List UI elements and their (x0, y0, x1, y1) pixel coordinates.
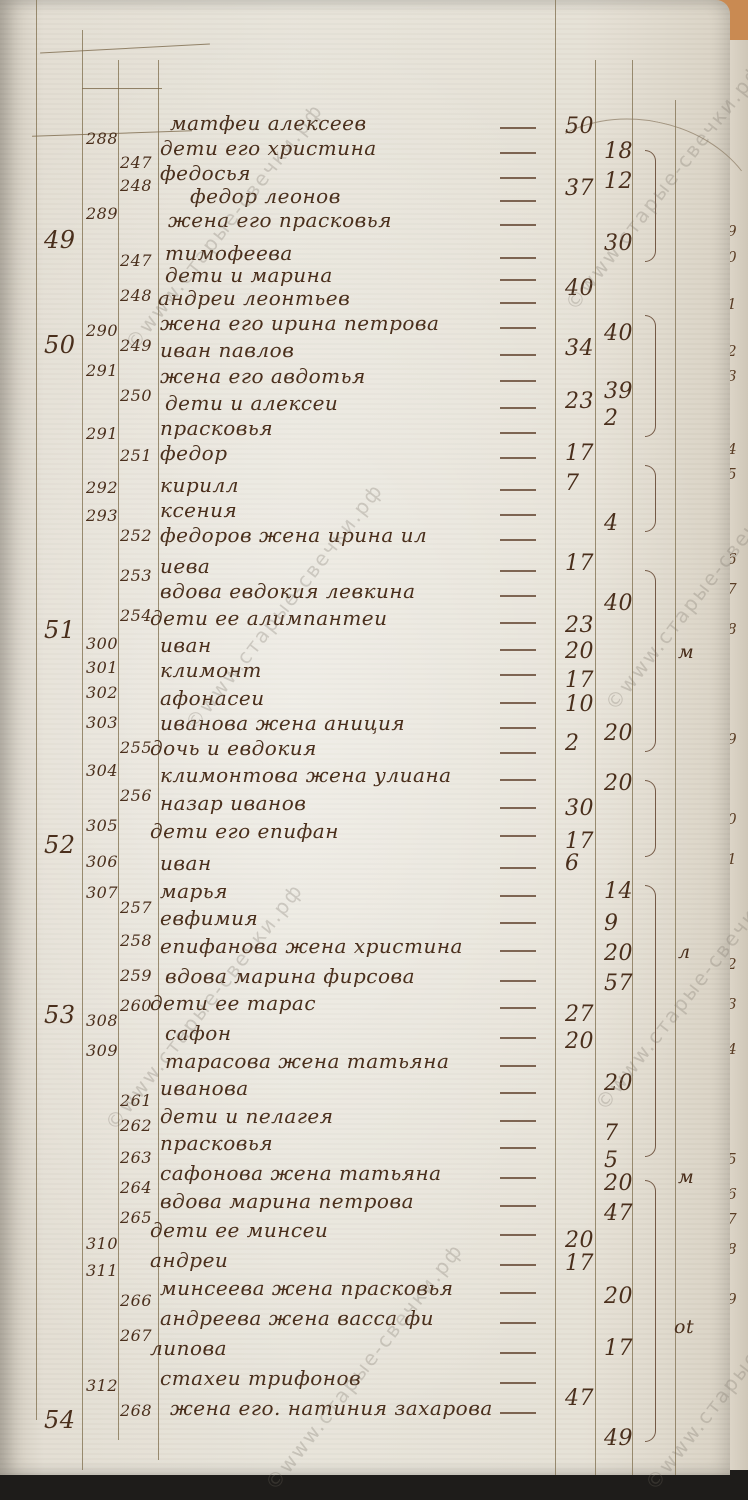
male-age: 17 (565, 551, 594, 576)
manuscript-page: 495051525354 288289290291291292293300301… (0, 0, 730, 1475)
leader-dash (500, 257, 536, 259)
male-row-number: 304 (86, 761, 118, 780)
leader-dash (500, 177, 536, 179)
male-age: 37 (565, 176, 594, 201)
male-age: 7 (565, 471, 580, 496)
male-row-number: 303 (86, 713, 118, 732)
column-rule (82, 30, 83, 1470)
female-age: 4 (604, 511, 619, 536)
male-row-number: 290 (86, 321, 118, 340)
female-row-number: 247 (120, 153, 152, 172)
leader-dash (500, 407, 536, 409)
census-entry: прасковья (160, 416, 273, 440)
leader-dash (500, 1264, 536, 1266)
female-row-number: 266 (120, 1291, 152, 1310)
leader-dash (500, 432, 536, 434)
male-age: 50 (565, 114, 594, 139)
leader-dash (500, 457, 536, 459)
leader-dash (500, 1412, 536, 1414)
leader-dash (500, 279, 536, 281)
female-row-number: 259 (120, 966, 152, 985)
female-row-number: 254 (120, 606, 152, 625)
male-row-number: 312 (86, 1376, 118, 1395)
male-row-number: 306 (86, 852, 118, 871)
female-row-number: 250 (120, 386, 152, 405)
male-row-number: 291 (86, 424, 118, 443)
female-age: 18 (604, 139, 633, 164)
watermark: ©www.старые-свечки.рф (600, 458, 748, 714)
census-entry: иванова (160, 1076, 249, 1100)
male-age: 47 (565, 1386, 594, 1411)
group-brace (645, 465, 656, 532)
header-rule (40, 44, 210, 54)
male-row-number: 310 (86, 1234, 118, 1253)
leader-dash (500, 302, 536, 304)
male-age: 30 (565, 796, 594, 821)
leader-dash (500, 152, 536, 154)
leader-dash (500, 489, 536, 491)
census-entry: андреи (150, 1248, 228, 1272)
female-row-number: 248 (120, 176, 152, 195)
leader-dash (500, 380, 536, 382)
leader-dash (500, 1352, 536, 1354)
census-entry: дети и алексеи (165, 391, 338, 415)
female-age: 14 (604, 879, 633, 904)
male-row-number: 309 (86, 1041, 118, 1060)
female-age: 47 (604, 1201, 633, 1226)
male-row-number: 308 (86, 1011, 118, 1030)
male-age: 23 (565, 613, 594, 638)
census-entry: назар иванов (160, 791, 306, 815)
group-brace (645, 1180, 656, 1442)
census-entry: дети ее тарас (150, 991, 316, 1015)
male-row-number: 307 (86, 883, 118, 902)
census-entry: вдова марина петрова (160, 1189, 414, 1213)
leader-dash (500, 702, 536, 704)
male-row-number: 292 (86, 478, 118, 497)
female-row-number: 247 (120, 251, 152, 270)
leader-dash (500, 1177, 536, 1179)
male-age: 23 (565, 389, 594, 414)
census-entry: липова (150, 1336, 227, 1360)
female-age: 39 (604, 379, 633, 404)
household-number: 52 (44, 831, 76, 859)
column-rule (675, 100, 676, 1475)
female-age: 40 (604, 591, 633, 616)
census-entry: матфеи алексеев (170, 111, 367, 135)
leader-dash (500, 127, 536, 129)
census-entry: жена его ирина петрова (160, 311, 439, 335)
female-age: 57 (604, 971, 633, 996)
leader-dash (500, 779, 536, 781)
female-age: 7 (604, 1121, 619, 1146)
census-entry: дети ее минсеи (150, 1218, 328, 1242)
female-age: 40 (604, 321, 633, 346)
leader-dash (500, 327, 536, 329)
male-age: 20 (565, 1029, 594, 1054)
male-age: 17 (565, 1251, 594, 1276)
leader-dash (500, 1007, 536, 1009)
leader-dash (500, 1205, 536, 1207)
census-entry: дети и пелагея (160, 1104, 334, 1128)
census-entry: марья (160, 879, 228, 903)
census-entry: федор (160, 441, 228, 465)
leader-dash (500, 835, 536, 837)
margin-mark: л (678, 941, 691, 963)
leader-dash (500, 649, 536, 651)
leader-dash (500, 727, 536, 729)
leader-dash (500, 224, 536, 226)
female-age: 12 (604, 169, 633, 194)
female-age: 20 (604, 721, 633, 746)
census-entry: иван (160, 851, 212, 875)
female-row-number: 255 (120, 738, 152, 757)
leader-dash (500, 539, 536, 541)
household-number: 51 (44, 616, 76, 644)
female-row-number: 264 (120, 1178, 152, 1197)
leader-dash (500, 895, 536, 897)
leader-dash (500, 1234, 536, 1236)
census-entry: сафонова жена татьяна (160, 1161, 442, 1185)
female-row-number: 265 (120, 1208, 152, 1227)
female-age: 20 (604, 1284, 633, 1309)
household-number: 50 (44, 331, 76, 359)
male-age: 20 (565, 1228, 594, 1253)
leader-dash (500, 1382, 536, 1384)
census-entry: федоров жена ирина ил (160, 523, 427, 547)
census-entry: тарасова жена татьяна (165, 1049, 449, 1073)
leader-dash (500, 752, 536, 754)
male-row-number: 293 (86, 506, 118, 525)
margin-mark: м (678, 1166, 694, 1188)
male-row-number: 302 (86, 683, 118, 702)
household-number: 54 (44, 1406, 76, 1434)
male-row-number: 301 (86, 658, 118, 677)
census-entry: федосья (160, 161, 251, 185)
leader-dash (500, 622, 536, 624)
male-age: 6 (565, 851, 580, 876)
female-row-number: 253 (120, 566, 152, 585)
household-number: 53 (44, 1001, 76, 1029)
male-row-number: 288 (86, 129, 118, 148)
leader-dash (500, 1065, 536, 1067)
female-age: 2 (604, 406, 619, 431)
leader-dash (500, 950, 536, 952)
census-entry: вдова марина фирсова (165, 964, 415, 988)
census-entry: дочь и евдокия (150, 736, 317, 760)
census-entry: епифанова жена христина (160, 934, 463, 958)
female-row-number: 267 (120, 1326, 152, 1345)
leader-dash (500, 674, 536, 676)
male-age: 10 (565, 692, 594, 717)
female-row-number: 251 (120, 446, 152, 465)
male-row-number: 300 (86, 634, 118, 653)
leader-dash (500, 1037, 536, 1039)
census-entry: жена его авдотья (160, 364, 366, 388)
census-entry: прасковья (160, 1131, 273, 1155)
header-rule (82, 88, 162, 89)
column-rule (36, 0, 37, 1420)
female-age: 9 (604, 911, 619, 936)
household-number: 49 (44, 226, 76, 254)
male-age: 27 (565, 1002, 594, 1027)
leader-dash (500, 980, 536, 982)
female-row-number: 256 (120, 786, 152, 805)
margin-mark: ot (674, 1316, 694, 1338)
leader-dash (500, 514, 536, 516)
leader-dash (500, 200, 536, 202)
column-rule (118, 60, 119, 1440)
leader-dash (500, 570, 536, 572)
leader-dash (500, 354, 536, 356)
census-entry: стахеи трифонов (160, 1366, 361, 1390)
female-row-number: 260 (120, 996, 152, 1015)
census-entry: кирилл (160, 473, 239, 497)
leader-dash (500, 807, 536, 809)
leader-dash (500, 867, 536, 869)
female-age: 20 (604, 771, 633, 796)
leader-dash (500, 922, 536, 924)
male-age: 20 (565, 639, 594, 664)
census-entry: дети его епифан (150, 819, 339, 843)
leader-dash (500, 1292, 536, 1294)
male-age: 34 (565, 336, 594, 361)
male-age: 17 (565, 668, 594, 693)
census-entry: иева (160, 554, 210, 578)
census-entry: климонтова жена улиана (160, 763, 452, 787)
census-entry: иван (160, 633, 212, 657)
male-age: 17 (565, 441, 594, 466)
leader-dash (500, 1120, 536, 1122)
group-brace (645, 315, 656, 437)
female-age: 17 (604, 1336, 633, 1361)
leader-dash (500, 595, 536, 597)
female-row-number: 263 (120, 1148, 152, 1167)
census-entry: евфимия (160, 906, 258, 930)
male-row-number: 291 (86, 361, 118, 380)
census-entry: ксения (160, 498, 237, 522)
female-row-number: 248 (120, 286, 152, 305)
male-age: 2 (565, 731, 580, 756)
female-row-number: 258 (120, 931, 152, 950)
leader-dash (500, 1147, 536, 1149)
female-row-number: 252 (120, 526, 152, 545)
female-age: 5 (604, 1148, 619, 1173)
female-age: 20 (604, 941, 633, 966)
leader-dash (500, 1322, 536, 1324)
female-age: 49 (604, 1426, 633, 1451)
margin-mark: м (678, 641, 694, 663)
leader-dash (500, 1092, 536, 1094)
census-entry: жена его прасковья (168, 208, 392, 232)
male-row-number: 311 (86, 1261, 118, 1280)
female-age: 20 (604, 1171, 633, 1196)
group-brace (645, 780, 656, 857)
male-row-number: 305 (86, 816, 118, 835)
census-entry: иван павлов (160, 338, 294, 362)
female-row-number: 268 (120, 1401, 152, 1420)
female-row-number: 257 (120, 898, 152, 917)
male-row-number: 289 (86, 204, 118, 223)
